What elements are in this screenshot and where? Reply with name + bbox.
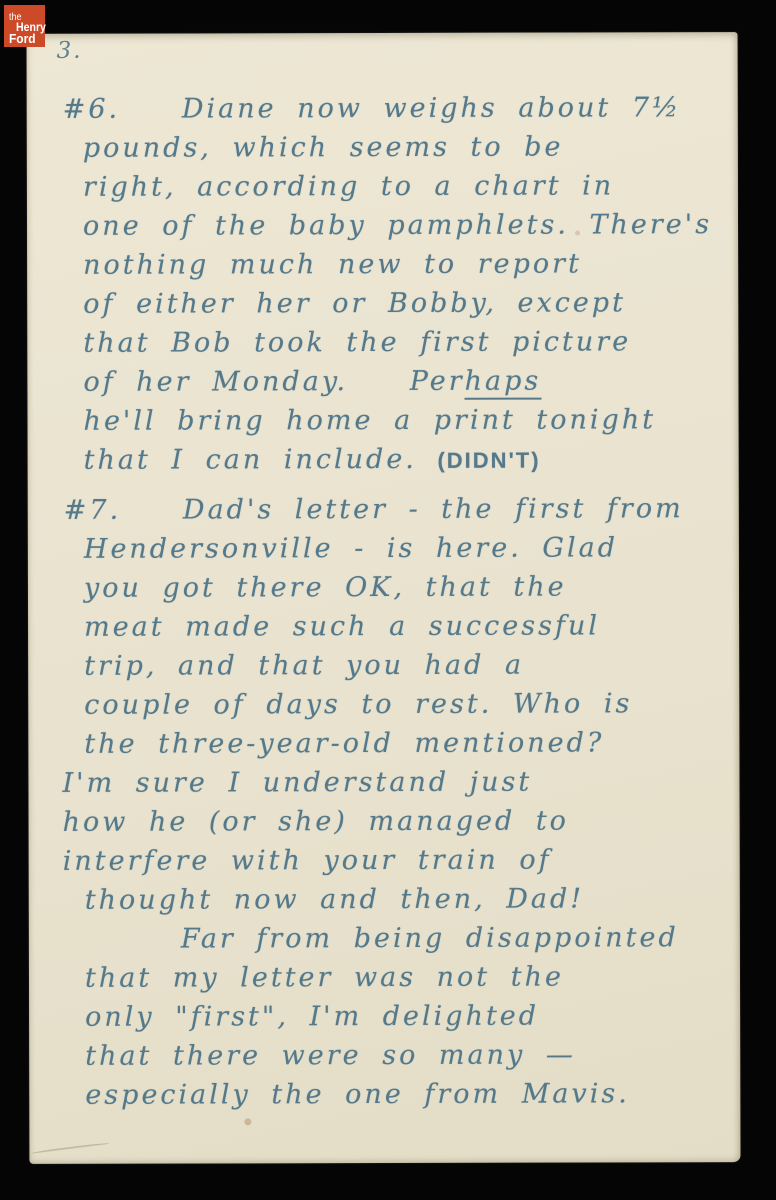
letter-line: thought now and then, Dad! xyxy=(85,879,732,920)
letter-line: #6. Diane now weighs about 7½ xyxy=(63,88,730,129)
letter-line: interfere with your train of xyxy=(63,840,732,881)
letter-line: of either her or Bobby, except xyxy=(83,283,730,324)
letter-page: 3. #6. Diane now weighs about 7½ pounds,… xyxy=(27,32,741,1164)
letter-line: of her Monday. Perhaps xyxy=(83,361,730,402)
page-number: 3. xyxy=(57,38,83,64)
photo-background: 3. #6. Diane now weighs about 7½ pounds,… xyxy=(0,0,776,1200)
letter-line: that Bob took the first picture xyxy=(83,322,730,363)
letter-line: meat made such a successful xyxy=(84,606,731,647)
letter-line: I'm sure I understand just xyxy=(62,762,731,803)
letter-line: Far from being disappointed xyxy=(181,918,732,958)
letter-line: he'll bring home a print tonight xyxy=(83,400,730,441)
letter-line: only "first", I'm delighted xyxy=(85,996,732,1037)
letter-line: that I can include. (DIDN'T) xyxy=(84,439,731,480)
letter-line: one of the baby pamphlets. There's xyxy=(83,205,730,246)
letter-line: Hendersonville - is here. Glad xyxy=(84,528,731,569)
letter-line: the three-year-old mentioned? xyxy=(84,723,731,764)
letter-line: how he (or she) managed to xyxy=(63,801,732,842)
letter-line: you got there OK, that the xyxy=(84,567,731,608)
letter-line: that my letter was not the xyxy=(85,957,732,998)
underlined-word: haps xyxy=(465,366,542,400)
letter-line: couple of days to rest. Who is xyxy=(84,684,731,725)
letter-line: especially the one from Mavis. xyxy=(85,1074,732,1115)
letter-line-text: of her Monday. Per xyxy=(83,366,464,398)
letter-line: nothing much new to report xyxy=(83,244,730,285)
paper-crease xyxy=(32,1142,110,1155)
paper-spot xyxy=(244,1118,251,1125)
letter-line: right, according to a chart in xyxy=(83,166,730,207)
henry-ford-logo: the Henry Ford xyxy=(4,5,45,47)
letter-line: pounds, which seems to be xyxy=(83,127,730,168)
letter-line-text: that I can include. xyxy=(84,444,438,476)
letter-line: that there were so many — xyxy=(85,1035,732,1076)
printed-caps-note: (DIDN'T) xyxy=(437,448,540,473)
letter-line: trip, and that you had a xyxy=(84,645,731,686)
logo-text-ford: Ford xyxy=(9,31,36,46)
letter-body: #6. Diane now weighs about 7½ pounds, wh… xyxy=(27,88,733,1115)
paper-spot xyxy=(575,230,580,235)
letter-line: #7. Dad's letter - the first from xyxy=(64,489,731,530)
